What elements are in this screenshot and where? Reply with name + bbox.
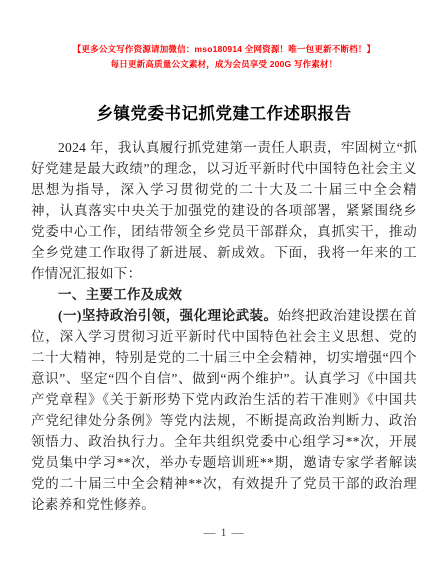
section-1-heading: 一、主要工作及成效 xyxy=(31,284,417,305)
promo-notice-line-2: 每日更新高质量公文素材，成为会员享受 200G 写作素材！ xyxy=(31,57,417,72)
section-1-item-1-paragraph: (一)坚持政治引领，强化理论武装。始终把政治建设摆在首位，深入学习贯彻习近平新时… xyxy=(31,305,417,515)
promo-notice: 【更多公文写作资源请加微信：mso180914 全网资源！唯一包更新不断档！】 … xyxy=(31,42,417,71)
promo-notice-line-1: 【更多公文写作资源请加微信：mso180914 全网资源！唯一包更新不断档！】 xyxy=(31,42,417,57)
item-1-body: 始终把政治建设摆在首位，深入学习贯彻习近平新时代中国特色社会主义思想、党的二十大… xyxy=(31,308,417,512)
document-body: 2024 年，我认真履行抓党建第一责任人职责，牢固树立“抓好党建是最大政绩”的理… xyxy=(31,137,417,515)
intro-paragraph: 2024 年，我认真履行抓党建第一责任人职责，牢固树立“抓好党建是最大政绩”的理… xyxy=(31,137,417,284)
page-number: — 1 — xyxy=(0,525,448,540)
item-1-lead: (一)坚持政治引领，强化理论武装。 xyxy=(58,308,277,323)
document-page: 【更多公文写作资源请加微信：mso180914 全网资源！唯一包更新不断档！】 … xyxy=(0,0,448,580)
document-title: 乡镇党委书记抓党建工作述职报告 xyxy=(31,102,417,126)
